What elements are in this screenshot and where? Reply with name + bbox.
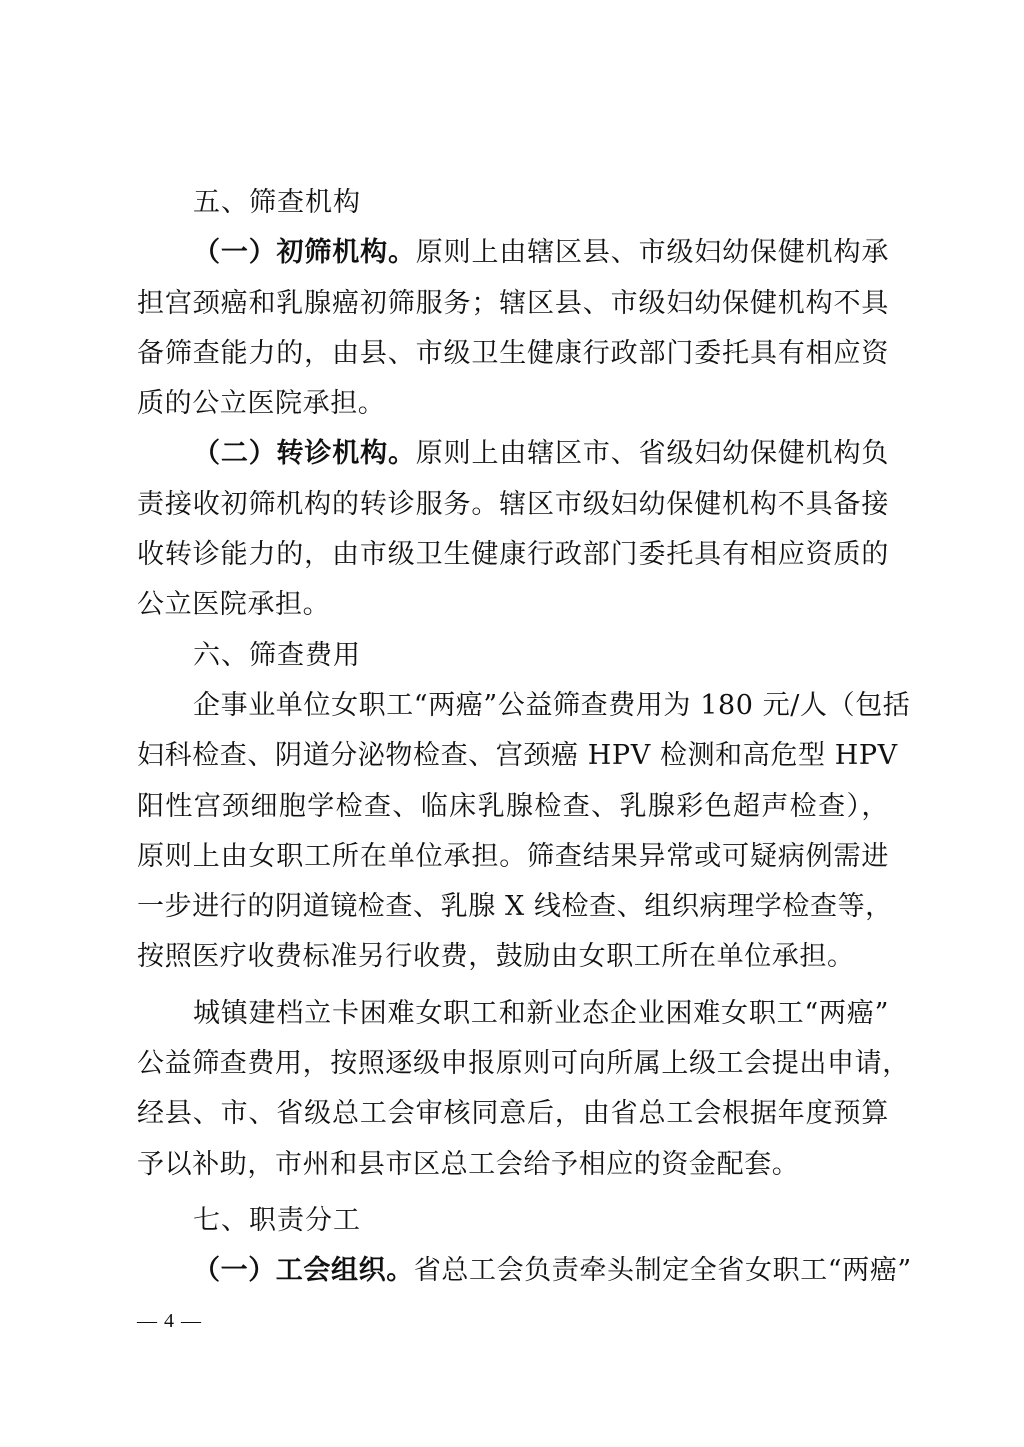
section-heading-screening-institutions: 五、筛查机构 <box>137 178 889 228</box>
text-line: 予以补助，市州和县市区总工会给予相应的资金配套。 <box>137 1140 889 1190</box>
paragraph-initial-screening: （一）初筛机构。原则上由辖区县、市级妇幼保健机构承 <box>137 228 889 278</box>
text-line: 质的公立医院承担。 <box>137 379 889 429</box>
section-heading-screening-fees: 六、筛查费用 <box>137 631 889 681</box>
paragraph-referral: （二）转诊机构。原则上由辖区市、省级妇幼保健机构负 <box>137 429 889 479</box>
text-line: 责接收初筛机构的转诊服务。辖区市级妇幼保健机构不具备接 <box>137 480 889 530</box>
subheading-initial-screening: （一）初筛机构。 <box>193 237 416 268</box>
text-line: 妇科检查、阴道分泌物检查、宫颈癌 HPV 检测和高危型 HPV <box>137 731 889 781</box>
text-line: 收转诊能力的，由市级卫生健康行政部门委托具有相应资质的 <box>137 530 889 580</box>
section-heading-responsibilities: 七、职责分工 <box>137 1196 889 1246</box>
subheading-trade-union: （一）工会组织。 <box>193 1255 414 1286</box>
text-line: 一步进行的阴道镜检查、乳腺 X 线检查、组织病理学检查等， <box>137 882 889 932</box>
document-body: 五、筛查机构 （一）初筛机构。原则上由辖区县、市级妇幼保健机构承 担宫颈癌和乳腺… <box>137 178 889 1297</box>
page-number: — 4 — <box>137 1310 202 1333</box>
text-line: 经县、市、省级总工会审核同意后，由省总工会根据年度预算 <box>137 1089 889 1139</box>
text-line: 公益筛查费用，按照逐级申报原则可向所属上级工会提出申请， <box>137 1039 889 1089</box>
text-line: 阳性宫颈细胞学检查、临床乳腺检查、乳腺彩色超声检查）， <box>137 782 889 832</box>
subheading-referral: （二）转诊机构。 <box>193 438 416 469</box>
paragraph-fees: 企事业单位女职工“两癌”公益筛查费用为 180 元/人（包括 <box>137 681 889 731</box>
paragraph-trade-union: （一）工会组织。省总工会负责牵头制定全省女职工“两癌” <box>137 1246 889 1296</box>
text-line: 按照医疗收费标准另行收费，鼓励由女职工所在单位承担。 <box>137 932 889 982</box>
text-line: 备筛查能力的，由县、市级卫生健康行政部门委托具有相应资 <box>137 329 889 379</box>
text-line: 原则上由女职工所在单位承担。筛查结果异常或可疑病例需进 <box>137 832 889 882</box>
text-line: 担宫颈癌和乳腺癌初筛服务；辖区县、市级妇幼保健机构不具 <box>137 279 889 329</box>
text-line: 公立医院承担。 <box>137 580 889 630</box>
paragraph-subsidy: 城镇建档立卡困难女职工和新业态企业困难女职工“两癌” <box>137 989 889 1039</box>
document-page: 五、筛查机构 （一）初筛机构。原则上由辖区县、市级妇幼保健机构承 担宫颈癌和乳腺… <box>0 0 1024 1447</box>
